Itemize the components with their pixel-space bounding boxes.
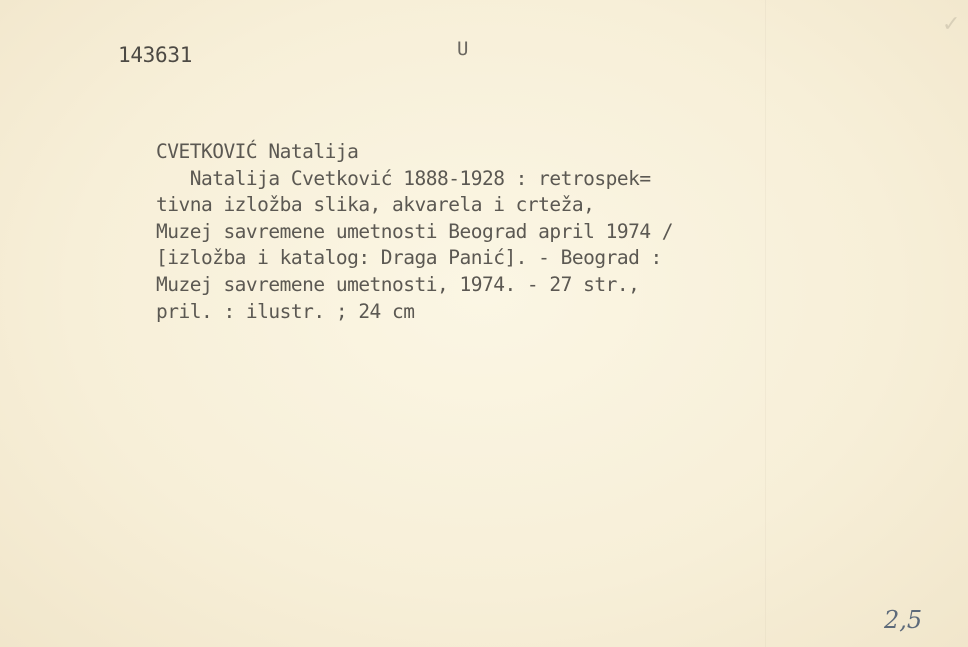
title-line: Natalija Cvetković 1888-1928 : retrospek… [156, 166, 673, 193]
responsibility-line: [izložba i katalog: Draga Panić]. - Beog… [156, 245, 673, 272]
author-heading: CVETKOVIĆ Natalija [156, 139, 673, 166]
card-crease [765, 0, 766, 647]
location-mark: U [457, 38, 468, 60]
title-line: tivna izložba slika, akvarela i crteža, [156, 192, 673, 219]
physical-description-line: pril. : ilustr. ; 24 cm [156, 299, 673, 326]
shelf-number: 2,5 [884, 606, 922, 634]
title-line: Muzej savremene umetnosti Beograd april … [156, 219, 673, 246]
publication-line: Muzej savremene umetnosti, 1974. - 27 st… [156, 272, 673, 299]
catalog-card: 143631 U ✓ CVETKOVIĆ Natalija Natalija C… [0, 0, 968, 647]
accession-number: 143631 [118, 43, 192, 67]
check-mark-icon: ✓ [942, 12, 960, 37]
bibliographic-entry: CVETKOVIĆ Natalija Natalija Cvetković 18… [156, 139, 673, 325]
